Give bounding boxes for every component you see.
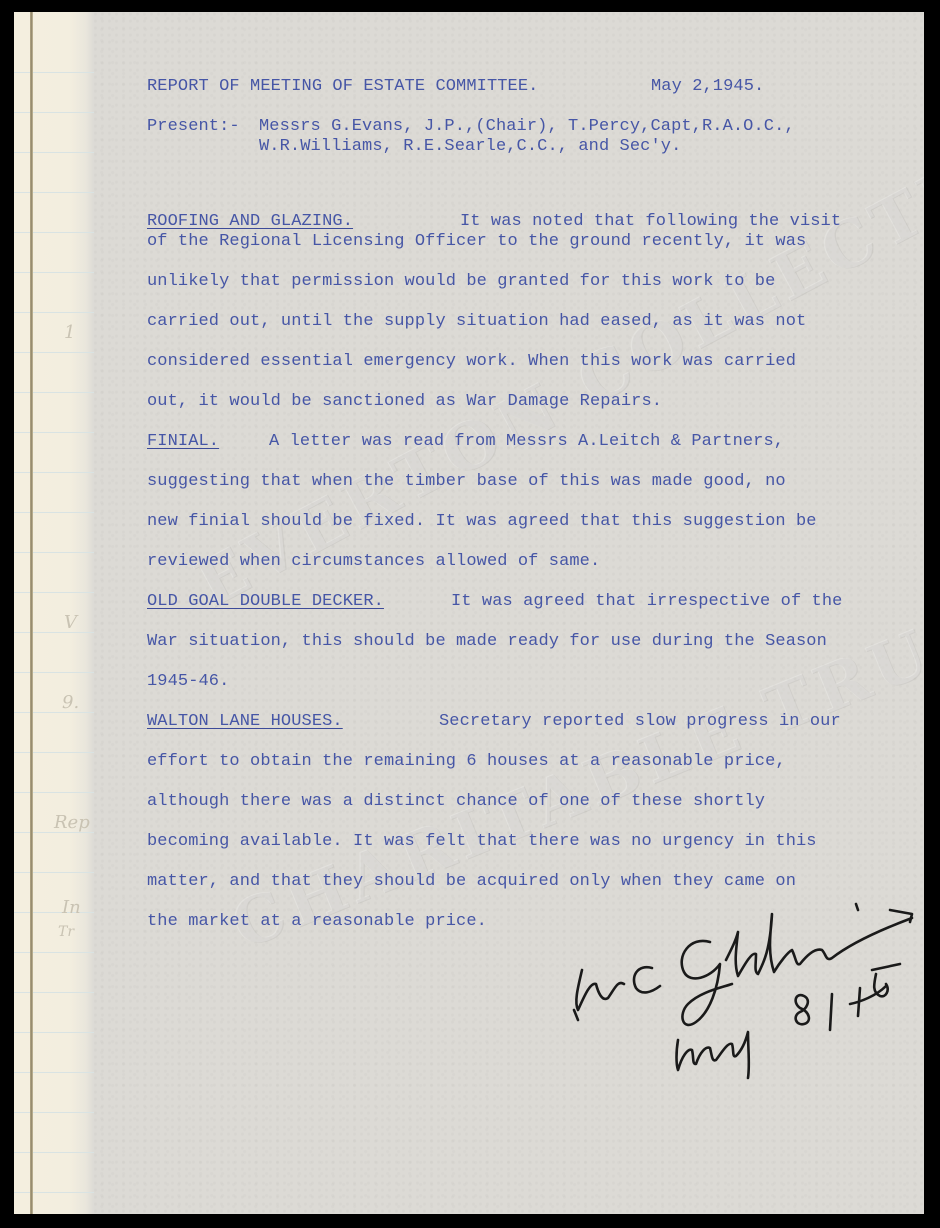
ruled-line bbox=[14, 1112, 94, 1113]
ruled-line bbox=[14, 992, 94, 993]
ruled-line bbox=[14, 512, 94, 513]
ruled-line bbox=[14, 352, 94, 353]
ruled-line bbox=[14, 192, 94, 193]
section-line: considered essential emergency work. Whe… bbox=[147, 352, 796, 372]
ruled-line bbox=[14, 952, 94, 953]
report-date: May 2,1945. bbox=[651, 77, 764, 97]
ruled-line bbox=[14, 632, 94, 633]
section-heading-walton-lane: WALTON LANE HOUSES. bbox=[147, 712, 343, 732]
handwritten-date: 8/45 bbox=[560, 892, 562, 893]
section-line: new finial should be fixed. It was agree… bbox=[147, 512, 817, 532]
section-heading-finial: FINIAL. bbox=[147, 432, 219, 452]
ruled-line bbox=[14, 392, 94, 393]
section-line: the market at a reasonable price. bbox=[147, 912, 487, 932]
ruled-line bbox=[14, 1032, 94, 1033]
ruled-line bbox=[14, 792, 94, 793]
section-line: of the Regional Licensing Officer to the… bbox=[147, 232, 806, 252]
section-line: out, it would be sanctioned as War Damag… bbox=[147, 392, 662, 412]
ruled-line bbox=[14, 432, 94, 433]
margin-pencil-note: 9. bbox=[62, 692, 79, 713]
section-heading-roofing: ROOFING AND GLAZING. bbox=[147, 212, 353, 232]
ruled-line bbox=[14, 152, 94, 153]
margin-pencil-note: Tr bbox=[58, 924, 74, 940]
ruled-line bbox=[14, 712, 94, 713]
present-label: Present:- bbox=[147, 117, 240, 137]
section-line: carried out, until the supply situation … bbox=[147, 312, 806, 332]
ruled-line bbox=[14, 592, 94, 593]
section-line: effort to obtain the remaining 6 houses … bbox=[147, 752, 786, 772]
binding-edge-line bbox=[30, 12, 33, 1214]
ruled-line bbox=[14, 672, 94, 673]
section-line: It was agreed that irrespective of the bbox=[451, 592, 842, 612]
signature-scrawl-icon bbox=[560, 892, 924, 1082]
margin-pencil-note: V bbox=[64, 612, 77, 633]
ruled-line bbox=[14, 552, 94, 553]
ruled-line bbox=[14, 272, 94, 273]
section-line: although there was a distinct chance of … bbox=[147, 792, 765, 812]
margin-pencil-note: 1 bbox=[64, 322, 75, 343]
binding-strip: 1 V 9. Rep In Tr bbox=[14, 12, 94, 1214]
ruled-line bbox=[14, 72, 94, 73]
section-line: War situation, this should be made ready… bbox=[147, 632, 827, 652]
ruled-line bbox=[14, 472, 94, 473]
present-line-1: Messrs G.Evans, J.P.,(Chair), T.Percy,Ca… bbox=[259, 117, 795, 137]
ruled-line bbox=[14, 232, 94, 233]
section-line: matter, and that they should be acquired… bbox=[147, 872, 796, 892]
section-line: suggesting that when the timber base of … bbox=[147, 472, 786, 492]
ruled-line bbox=[14, 1152, 94, 1153]
section-line: 1945-46. bbox=[147, 672, 229, 692]
section-line: becoming available. It was felt that the… bbox=[147, 832, 817, 852]
report-title: REPORT OF MEETING OF ESTATE COMMITTEE. bbox=[147, 77, 538, 97]
margin-pencil-note: Rep bbox=[54, 812, 90, 833]
section-heading-double-decker: OLD GOAL DOUBLE DECKER. bbox=[147, 592, 384, 612]
scanned-page: 1 V 9. Rep In Tr EVERTON COLLECTION CHAR… bbox=[14, 12, 924, 1214]
section-line: reviewed when circumstances allowed of s… bbox=[147, 552, 600, 572]
section-line: Secretary reported slow progress in our bbox=[439, 712, 841, 732]
section-line: unlikely that permission would be grante… bbox=[147, 272, 775, 292]
ruled-line bbox=[14, 752, 94, 753]
section-line: A letter was read from Messrs A.Leitch &… bbox=[269, 432, 784, 452]
handwritten-signature: W.C.Gibbins May 8/45 bbox=[560, 892, 924, 1082]
section-line: It was noted that following the visit bbox=[460, 212, 841, 232]
ruled-line bbox=[14, 872, 94, 873]
ruled-line bbox=[14, 912, 94, 913]
present-line-2: W.R.Williams, R.E.Searle,C.C., and Sec'y… bbox=[259, 137, 681, 157]
ruled-line bbox=[14, 1072, 94, 1073]
ruled-line bbox=[14, 312, 94, 313]
ruled-line bbox=[14, 1192, 94, 1193]
ruled-line bbox=[14, 112, 94, 113]
margin-pencil-note: In bbox=[62, 897, 81, 918]
